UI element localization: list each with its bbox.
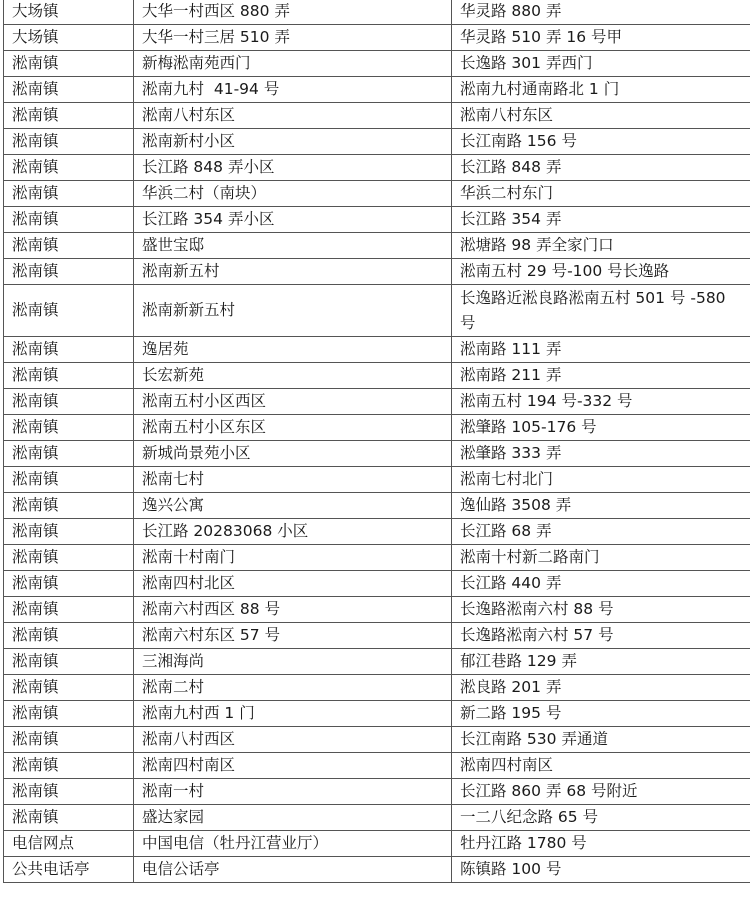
table-row: 淞南镇 淞南六村西区 88 号 长逸路淞南六村 88 号: [4, 597, 750, 623]
table-row: 淞南镇 淞南四村北区 长江路 440 弄: [4, 571, 750, 597]
location-cell: 淞南六村东区 57 号: [134, 623, 452, 649]
location-cell: 中国电信（牡丹江营业厅）: [134, 831, 452, 857]
address-cell: 长江路 860 弄 68 号附近: [452, 779, 750, 805]
table-row: 淞南镇 淞南七村 淞南七村北门: [4, 467, 750, 493]
town-cell: 电信网点: [4, 831, 134, 857]
location-table: 大场镇 大华一村西区 880 弄 华灵路 880 弄 大场镇 大华一村三居 51…: [3, 0, 750, 883]
town-cell: 淞南镇: [4, 363, 134, 389]
location-cell: 盛世宝邸: [134, 233, 452, 259]
table-row: 公共电话亭 电信公话亭 陈镇路 100 号: [4, 857, 750, 883]
town-cell: 淞南镇: [4, 675, 134, 701]
town-cell: 淞南镇: [4, 779, 134, 805]
table-row: 淞南镇 新梅淞南苑西门 长逸路 301 弄西门: [4, 51, 750, 77]
town-cell: 淞南镇: [4, 519, 134, 545]
location-cell: 逸兴公寓: [134, 493, 452, 519]
table-row: 淞南镇 新城尚景苑小区 淞肇路 333 弄: [4, 441, 750, 467]
address-cell: 华灵路 880 弄: [452, 0, 750, 25]
table-row: 淞南镇 淞南二村 淞良路 201 弄: [4, 675, 750, 701]
table-row: 淞南镇 逸居苑 淞南路 111 弄: [4, 337, 750, 363]
town-cell: 淞南镇: [4, 545, 134, 571]
location-cell: 三湘海尚: [134, 649, 452, 675]
address-cell: 淞南十村新二路南门: [452, 545, 750, 571]
town-cell: 淞南镇: [4, 233, 134, 259]
address-cell: 一二八纪念路 65 号: [452, 805, 750, 831]
address-cell: 淞南七村北门: [452, 467, 750, 493]
location-cell: 淞南九村 41-94 号: [134, 77, 452, 103]
address-cell: 淞南五村 29 号-100 号长逸路: [452, 259, 750, 285]
address-cell: 长江南路 530 弄通道: [452, 727, 750, 753]
address-cell: 长逸路 301 弄西门: [452, 51, 750, 77]
town-cell: 淞南镇: [4, 597, 134, 623]
location-cell: 长江路 20283068 小区: [134, 519, 452, 545]
table-row: 淞南镇 淞南九村西 1 门 新二路 195 号: [4, 701, 750, 727]
table-row: 淞南镇 长江路 848 弄小区 长江路 848 弄: [4, 155, 750, 181]
location-cell: 长江路 848 弄小区: [134, 155, 452, 181]
town-cell: 淞南镇: [4, 467, 134, 493]
town-cell: 淞南镇: [4, 493, 134, 519]
address-cell: 淞塘路 98 弄全家门口: [452, 233, 750, 259]
address-cell: 淞肇路 105-176 号: [452, 415, 750, 441]
address-cell: 淞南九村通南路北 1 门: [452, 77, 750, 103]
table-row: 电信网点 中国电信（牡丹江营业厅） 牡丹江路 1780 号: [4, 831, 750, 857]
table-row: 淞南镇 三湘海尚 郁江巷路 129 弄: [4, 649, 750, 675]
town-cell: 淞南镇: [4, 753, 134, 779]
town-cell: 淞南镇: [4, 805, 134, 831]
location-cell: 大华一村三居 510 弄: [134, 25, 452, 51]
town-cell: 淞南镇: [4, 441, 134, 467]
town-cell: 淞南镇: [4, 51, 134, 77]
table-row: 大场镇 大华一村三居 510 弄 华灵路 510 弄 16 号甲: [4, 25, 750, 51]
address-cell: 长逸路淞南六村 88 号: [452, 597, 750, 623]
table-row: 淞南镇 盛世宝邸 淞塘路 98 弄全家门口: [4, 233, 750, 259]
town-cell: 淞南镇: [4, 155, 134, 181]
location-cell: 长宏新苑: [134, 363, 452, 389]
location-cell: 淞南八村东区: [134, 103, 452, 129]
location-cell: 长江路 354 弄小区: [134, 207, 452, 233]
location-cell: 淞南八村西区: [134, 727, 452, 753]
table-row: 淞南镇 淞南四村南区 淞南四村南区: [4, 753, 750, 779]
town-cell: 淞南镇: [4, 337, 134, 363]
table-row: 淞南镇 盛达家园 一二八纪念路 65 号: [4, 805, 750, 831]
address-cell: 陈镇路 100 号: [452, 857, 750, 883]
table-body: 大场镇 大华一村西区 880 弄 华灵路 880 弄 大场镇 大华一村三居 51…: [4, 0, 750, 883]
town-cell: 淞南镇: [4, 571, 134, 597]
table-row: 淞南镇 淞南八村东区 淞南八村东区: [4, 103, 750, 129]
location-cell: 淞南六村西区 88 号: [134, 597, 452, 623]
town-cell: 淞南镇: [4, 129, 134, 155]
address-cell: 长逸路近淞良路淞南五村 501 号 -580 号: [452, 285, 750, 337]
address-cell: 长江南路 156 号: [452, 129, 750, 155]
address-cell: 牡丹江路 1780 号: [452, 831, 750, 857]
town-cell: 淞南镇: [4, 649, 134, 675]
town-cell: 淞南镇: [4, 103, 134, 129]
location-cell: 淞南五村小区西区: [134, 389, 452, 415]
location-cell: 淞南四村北区: [134, 571, 452, 597]
address-cell: 淞南八村东区: [452, 103, 750, 129]
town-cell: 淞南镇: [4, 701, 134, 727]
location-cell: 淞南新新五村: [134, 285, 452, 337]
address-cell: 淞南路 111 弄: [452, 337, 750, 363]
address-cell: 长逸路淞南六村 57 号: [452, 623, 750, 649]
town-cell: 公共电话亭: [4, 857, 134, 883]
town-cell: 淞南镇: [4, 259, 134, 285]
location-cell: 大华一村西区 880 弄: [134, 0, 452, 25]
location-cell: 淞南新村小区: [134, 129, 452, 155]
address-cell: 华浜二村东门: [452, 181, 750, 207]
table-row: 淞南镇 长江路 354 弄小区 长江路 354 弄: [4, 207, 750, 233]
table-row: 淞南镇 华浜二村（南块） 华浜二村东门: [4, 181, 750, 207]
location-cell: 淞南五村小区东区: [134, 415, 452, 441]
address-cell: 长江路 354 弄: [452, 207, 750, 233]
address-cell: 淞南四村南区: [452, 753, 750, 779]
location-cell: 淞南九村西 1 门: [134, 701, 452, 727]
address-cell: 华灵路 510 弄 16 号甲: [452, 25, 750, 51]
table-row: 淞南镇 逸兴公寓 逸仙路 3508 弄: [4, 493, 750, 519]
location-cell: 淞南十村南门: [134, 545, 452, 571]
town-cell: 淞南镇: [4, 181, 134, 207]
table-row: 大场镇 大华一村西区 880 弄 华灵路 880 弄: [4, 0, 750, 25]
address-cell: 郁江巷路 129 弄: [452, 649, 750, 675]
table-row: 淞南镇 长宏新苑 淞南路 211 弄: [4, 363, 750, 389]
location-cell: 淞南七村: [134, 467, 452, 493]
town-cell: 淞南镇: [4, 285, 134, 337]
table-row: 淞南镇 淞南五村小区东区 淞肇路 105-176 号: [4, 415, 750, 441]
location-cell: 电信公话亭: [134, 857, 452, 883]
town-cell: 淞南镇: [4, 623, 134, 649]
town-cell: 淞南镇: [4, 727, 134, 753]
table-row: 淞南镇 淞南五村小区西区 淞南五村 194 号-332 号: [4, 389, 750, 415]
location-cell: 逸居苑: [134, 337, 452, 363]
table-row: 淞南镇 淞南九村 41-94 号 淞南九村通南路北 1 门: [4, 77, 750, 103]
address-cell: 长江路 848 弄: [452, 155, 750, 181]
location-cell: 盛达家园: [134, 805, 452, 831]
location-cell: 淞南四村南区: [134, 753, 452, 779]
table-row: 淞南镇 淞南八村西区 长江南路 530 弄通道: [4, 727, 750, 753]
table-row: 淞南镇 长江路 20283068 小区 长江路 68 弄: [4, 519, 750, 545]
address-cell: 长江路 68 弄: [452, 519, 750, 545]
table-row: 淞南镇 淞南新五村 淞南五村 29 号-100 号长逸路: [4, 259, 750, 285]
town-cell: 淞南镇: [4, 207, 134, 233]
location-cell: 新城尚景苑小区: [134, 441, 452, 467]
address-cell: 淞肇路 333 弄: [452, 441, 750, 467]
location-cell: 淞南一村: [134, 779, 452, 805]
table-row: 淞南镇 淞南十村南门 淞南十村新二路南门: [4, 545, 750, 571]
table-row: 淞南镇 淞南一村 长江路 860 弄 68 号附近: [4, 779, 750, 805]
town-cell: 淞南镇: [4, 389, 134, 415]
location-cell: 淞南二村: [134, 675, 452, 701]
town-cell: 大场镇: [4, 25, 134, 51]
table-row: 淞南镇 淞南新新五村 长逸路近淞良路淞南五村 501 号 -580 号: [4, 285, 750, 337]
table-row: 淞南镇 淞南新村小区 长江南路 156 号: [4, 129, 750, 155]
address-cell: 长江路 440 弄: [452, 571, 750, 597]
town-cell: 淞南镇: [4, 415, 134, 441]
town-cell: 大场镇: [4, 0, 134, 25]
address-cell: 淞良路 201 弄: [452, 675, 750, 701]
address-cell: 逸仙路 3508 弄: [452, 493, 750, 519]
address-cell: 淞南路 211 弄: [452, 363, 750, 389]
table-row: 淞南镇 淞南六村东区 57 号 长逸路淞南六村 57 号: [4, 623, 750, 649]
town-cell: 淞南镇: [4, 77, 134, 103]
address-cell: 新二路 195 号: [452, 701, 750, 727]
address-cell: 淞南五村 194 号-332 号: [452, 389, 750, 415]
location-cell: 华浜二村（南块）: [134, 181, 452, 207]
location-cell: 淞南新五村: [134, 259, 452, 285]
location-cell: 新梅淞南苑西门: [134, 51, 452, 77]
